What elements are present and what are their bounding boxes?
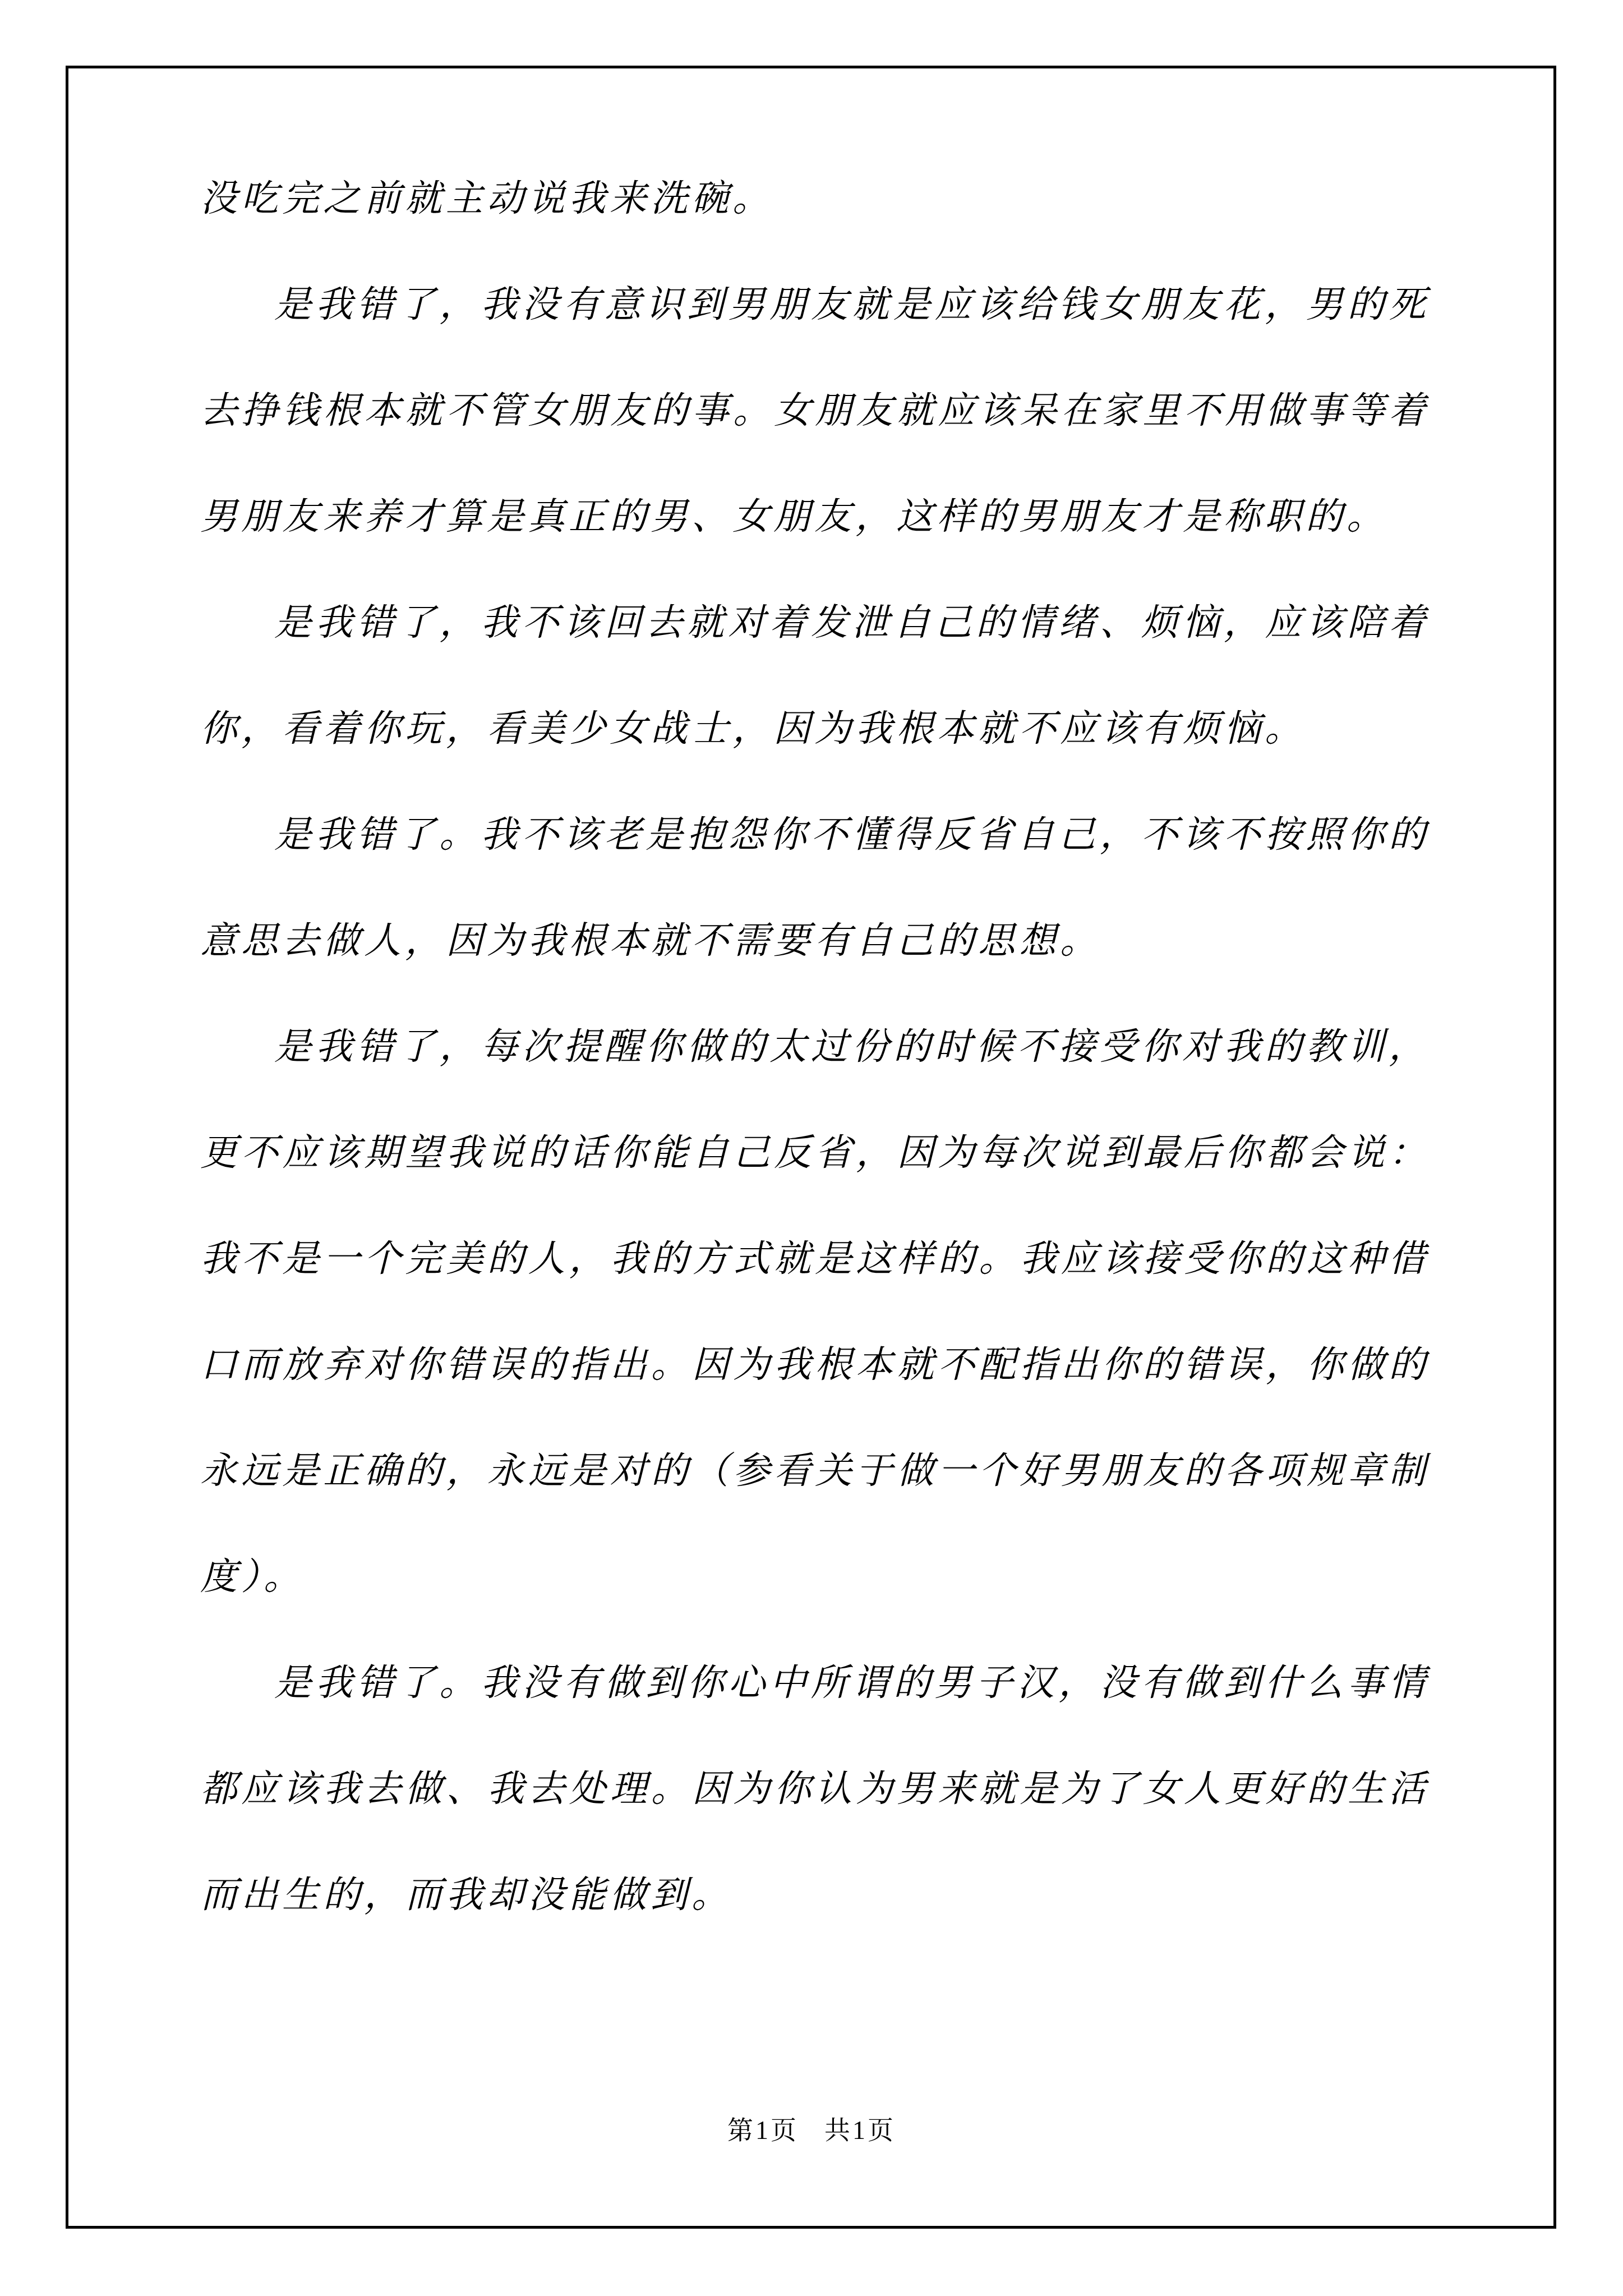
- footer-current-page: 第1页: [727, 2116, 799, 2145]
- paragraph: 是我错了，每次提醒你做的太过份的时候不接受你对我的教训，更不应该期望我说的话你能…: [200, 994, 1430, 1630]
- paragraph: 是我错了，我不该回去就对着发泄自己的情绪、烦恼，应该陪着你，看着你玩，看美少女战…: [200, 570, 1430, 782]
- paragraph: 没吃完之前就主动说我来洗碗。: [200, 146, 1430, 252]
- paragraph: 是我错了。我不该老是抱怨你不懂得反省自己，不该不按照你的意思去做人，因为我根本就…: [200, 782, 1430, 994]
- footer-total-pages: 共1页: [824, 2116, 896, 2145]
- page-footer: 第1页共1页: [0, 2114, 1623, 2147]
- document-body: 没吃完之前就主动说我来洗碗。是我错了，我没有意识到男朋友就是应该给钱女朋友花，男…: [200, 146, 1430, 1948]
- paragraph: 是我错了。我没有做到你心中所谓的男子汉，没有做到什么事情都应该我去做、我去处理。…: [200, 1630, 1430, 1948]
- document-page: 没吃完之前就主动说我来洗碗。是我错了，我没有意识到男朋友就是应该给钱女朋友花，男…: [0, 0, 1623, 2296]
- paragraph: 是我错了，我没有意识到男朋友就是应该给钱女朋友花，男的死去挣钱根本就不管女朋友的…: [200, 252, 1430, 570]
